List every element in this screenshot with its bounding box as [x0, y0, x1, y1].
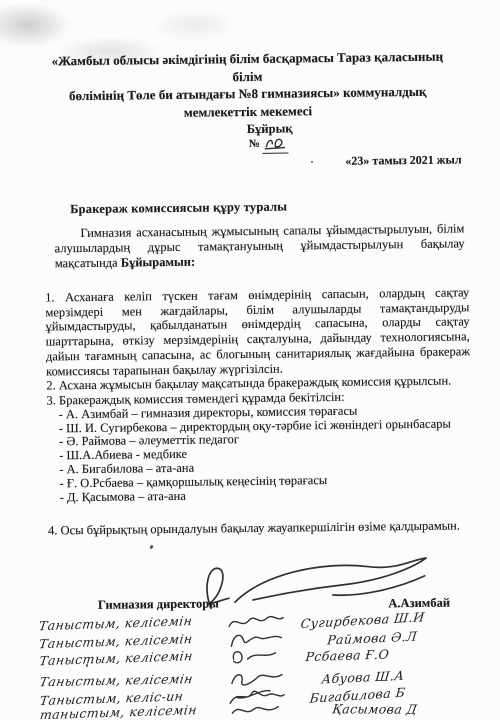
order-date: «23» тамыз 2021 жыл [297, 152, 461, 169]
intro-directive: Бұйырамын: [121, 255, 195, 270]
handwritten-name: Раймова Ә.Л [327, 629, 418, 648]
organization-header: «Жамбыл облысы әкімдігінің білім басқарм… [36, 47, 459, 122]
handwritten-order-number [262, 136, 288, 154]
committee-member: - Д. Қасымова – ата-ана [60, 486, 472, 505]
handwritten-note: таныстым, келісемін [39, 702, 198, 720]
scanned-order-document: «Жамбыл облысы әкімдігінің білім басқарм… [0, 0, 500, 720]
signature-scribble-icon [226, 701, 288, 720]
intro-paragraph: Гимназия асханасының жұмысының сапалы ұй… [54, 221, 465, 271]
order-body: 1. Асханаға келіп түскен тағам өнімдерін… [45, 285, 472, 538]
handwritten-note: Таныстым, келісемін [38, 613, 193, 633]
order-subject: Бракераж комиссиясын құру туралы [70, 200, 287, 218]
order-number-scribble-icon [262, 136, 288, 150]
order-item-4: 4. Осы бұйрықтың орындалуын бақылау жауа… [48, 518, 472, 538]
director-role-label: Гимназия директоры [98, 596, 219, 612]
intro-text: Гимназия асханасының жұмысының сапалы ұй… [55, 221, 465, 270]
order-number-prefix: № [249, 138, 260, 150]
handwritten-name: Қасымова Д [331, 701, 418, 716]
handwritten-note: Таныстым, келісемін [38, 648, 193, 668]
signature-scribble-icon [226, 647, 288, 668]
handwritten-name: Абуова Ш.А [321, 668, 405, 687]
handwritten-note: Таныстым, келісемін [38, 671, 194, 689]
order-item-1: 1. Асханаға келіп түскен тағам өнімдерін… [45, 285, 470, 378]
handwritten-name: Сугирбекова Ш.И [300, 609, 426, 631]
handwritten-name: Рсбаева Ғ.О [305, 647, 390, 664]
committee-list: - А. Азимбай – гимназия директоры, комис… [47, 403, 472, 506]
